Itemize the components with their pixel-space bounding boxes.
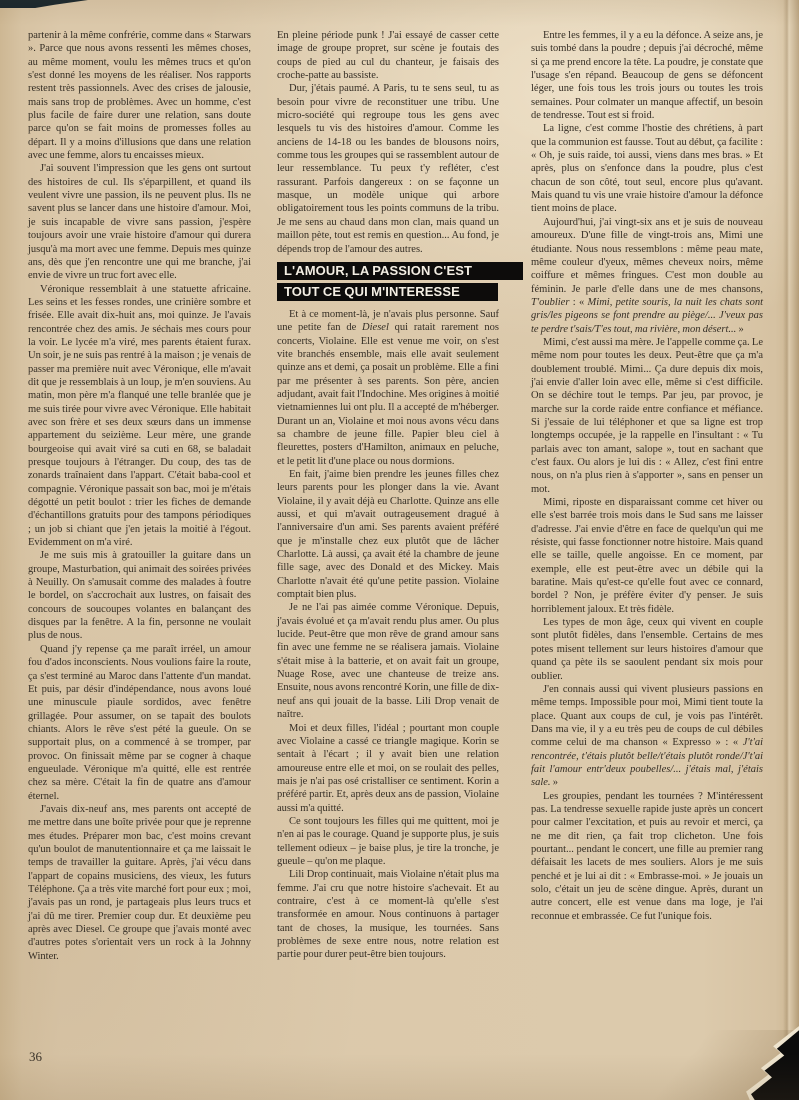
paragraph: Les types de mon âge, ceux qui vivent en… (531, 616, 763, 683)
paragraph: Je ne l'ai pas aimée comme Véronique. De… (277, 601, 499, 721)
paragraph: Entre les femmes, il y a eu la défonce. … (531, 29, 763, 122)
paragraph: Ce sont toujours les filles qui me quitt… (277, 815, 499, 868)
scan-artifact-top-left (0, 0, 88, 8)
section-header-bar: TOUT CE QUI M'INTERESSE (277, 283, 498, 301)
paragraph: Mimi, c'est aussi ma mère. Je l'appelle … (531, 336, 763, 496)
section-header: L'AMOUR, LA PASSION C'ESTTOUT CE QUI M'I… (277, 262, 499, 301)
paragraph: J'avais dix-neuf ans, mes parents ont ac… (28, 803, 251, 963)
paragraph: Lili Drop continuait, mais Violaine n'ét… (277, 868, 499, 961)
paragraph: J'ai souvent l'impression que les gens o… (28, 162, 251, 282)
text-column-3: Entre les femmes, il y a eu la défonce. … (531, 29, 763, 923)
paragraph: Véronique ressemblait à une statuette af… (28, 283, 251, 550)
paragraph: La ligne, c'est comme l'hostie des chrét… (531, 122, 763, 215)
paragraph: Quand j'y repense ça me paraît irréel, u… (28, 643, 251, 803)
paragraph: Les groupies, pendant les tournées ? M'i… (531, 790, 763, 923)
paragraph: Dur, j'étais paumé. A Paris, tu te sens … (277, 82, 499, 255)
torn-corner (676, 1016, 799, 1100)
paragraph: Mimi, riposte en disparaissant comme cet… (531, 496, 763, 616)
page-number: 36 (29, 1049, 42, 1065)
paragraph: En fait, j'aime bien prendre les jeunes … (277, 468, 499, 601)
page-edge-crease (783, 0, 799, 1100)
text-column-1: partenir à la même confrérie, comme dans… (28, 29, 251, 963)
text-column-2: En pleine période punk ! J'ai essayé de … (277, 29, 499, 962)
magazine-page: partenir à la même confrérie, comme dans… (0, 0, 799, 1100)
section-header-bar: L'AMOUR, LA PASSION C'EST (277, 262, 523, 280)
paragraph: partenir à la même confrérie, comme dans… (28, 29, 251, 162)
paragraph: Aujourd'hui, j'ai vingt-six ans et je su… (531, 216, 763, 336)
paragraph: Je me suis mis à gratouiller la guitare … (28, 549, 251, 642)
paragraph: Et à ce moment-là, je n'avais plus perso… (277, 308, 499, 468)
paragraph: J'en connais aussi qui vivent plusieurs … (531, 683, 763, 790)
paragraph: En pleine période punk ! J'ai essayé de … (277, 29, 499, 82)
paragraph: Moi et deux filles, l'idéal ; pourtant m… (277, 722, 499, 815)
